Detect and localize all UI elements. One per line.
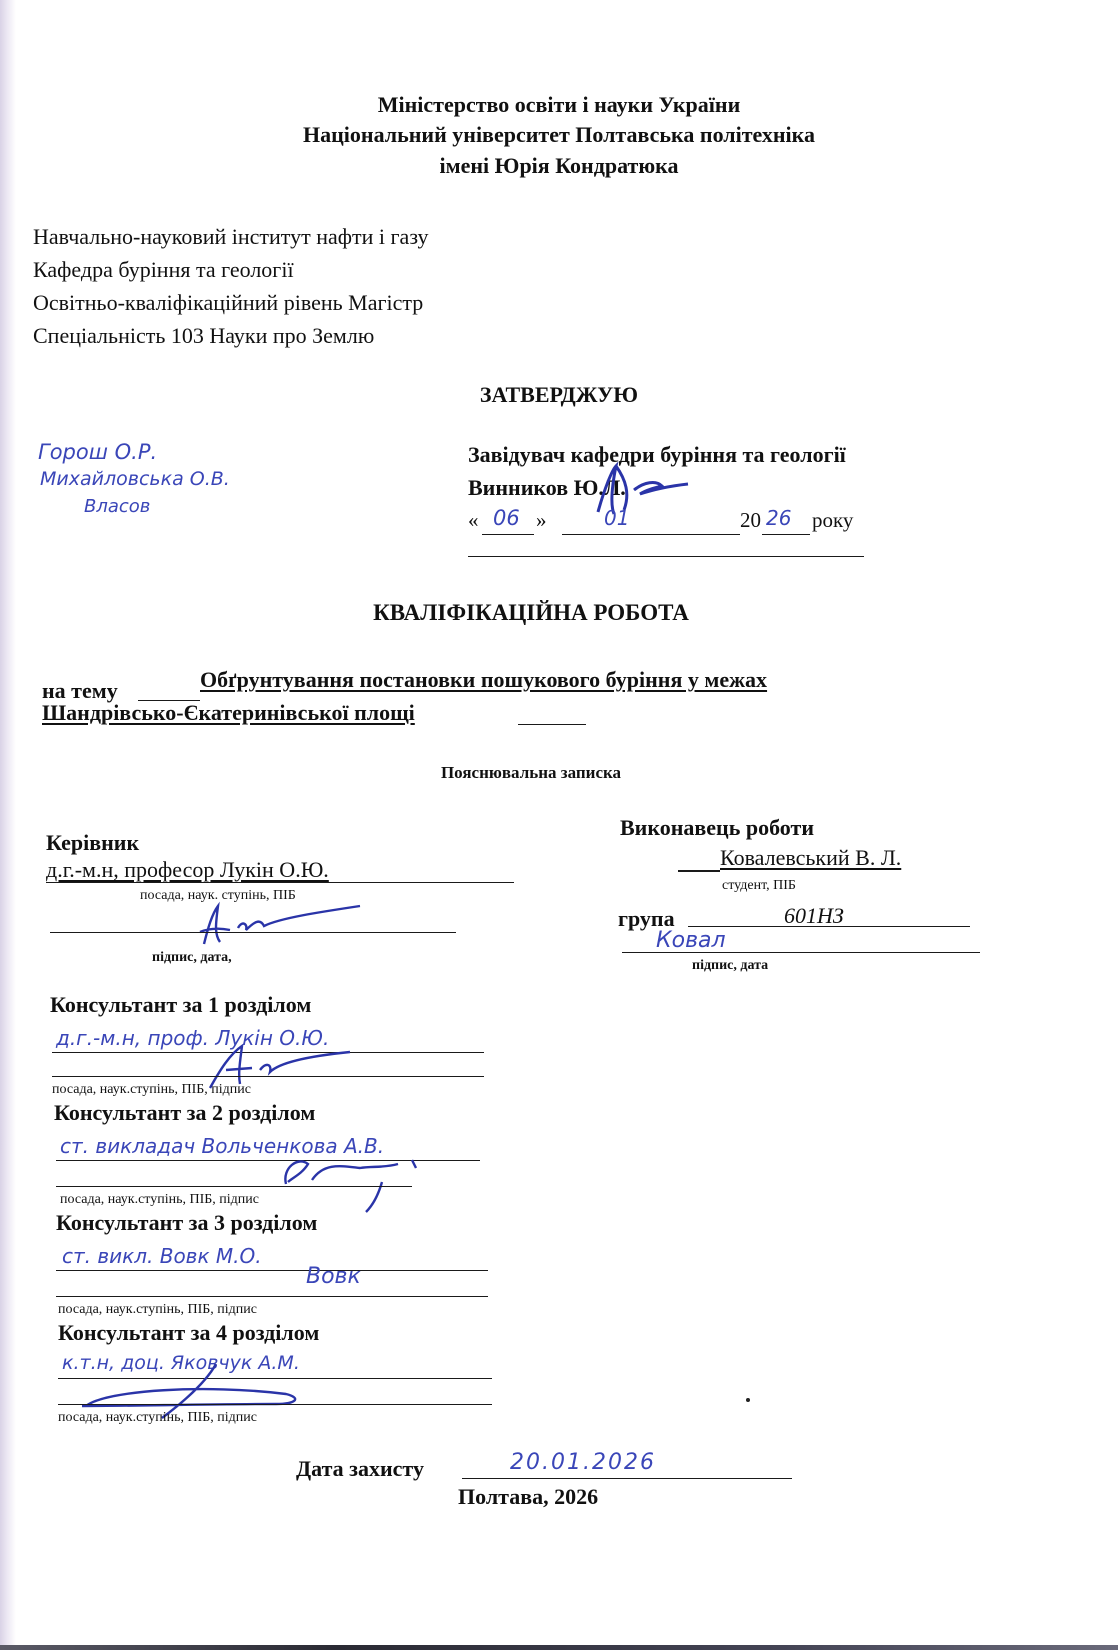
approval-date-row: « xyxy=(468,508,479,533)
stray-dot xyxy=(746,1398,750,1402)
specialty: Спеціальність 103 Науки про Землю xyxy=(33,323,374,349)
education-level: Освітньо-кваліфікаційний рівень Магістр xyxy=(33,290,423,316)
consultant-3-signature: Вовк xyxy=(306,1264,361,1289)
consultant-4-heading: Консультант за 4 розділом xyxy=(58,1320,319,1346)
university-heading: Національний університет Полтавська полі… xyxy=(0,122,1118,148)
supervisor-signature-icon xyxy=(190,898,370,948)
institute-name: Навчально-науковий інститут нафти і газу xyxy=(33,224,429,250)
month-underline xyxy=(562,534,740,535)
author-name-caption: студент, ПІБ xyxy=(722,878,796,894)
approval-title: ЗАТВЕРДЖУЮ xyxy=(0,382,1118,408)
author-signature-caption: підпис, дата xyxy=(692,958,768,974)
defense-date-line xyxy=(462,1478,792,1479)
topic-line-2: Шандрівсько-Єкатеринівської площі xyxy=(42,700,415,726)
defense-date-label: Дата захисту xyxy=(296,1456,424,1482)
handwritten-note-2: Михайловська О.В. xyxy=(40,468,230,490)
explanatory-note-subtitle: Пояснювальна записка xyxy=(0,763,1062,783)
approval-day[interactable]: 06 xyxy=(493,506,520,530)
approval-month[interactable]: 01 xyxy=(604,506,629,530)
handwritten-note-1: Горош О.Р. xyxy=(38,440,157,464)
topic-trail-line xyxy=(518,724,586,725)
department-name: Кафедра буріння та геології xyxy=(33,257,294,283)
consultant-2-signature-icon xyxy=(272,1146,452,1216)
author-signature: Ковал xyxy=(656,928,726,953)
date-open-quote: « xyxy=(468,508,479,532)
author-name: Ковалевський В. Л. xyxy=(720,845,901,871)
author-lead-line xyxy=(678,870,720,872)
group-value: 601НЗ xyxy=(784,903,844,929)
day-underline xyxy=(482,534,534,535)
consultant-1-heading: Консультант за 1 розділом xyxy=(50,992,311,1018)
consultant-1-signature-line xyxy=(52,1076,484,1077)
approval-year-suffix[interactable]: 26 xyxy=(766,506,791,530)
city-year: Полтава, 2026 xyxy=(458,1484,598,1510)
consultant-2-signature-line xyxy=(56,1186,412,1187)
approval-signature-line xyxy=(468,556,864,557)
handwritten-note-3: Власов xyxy=(84,496,150,517)
year-underline xyxy=(762,534,810,535)
supervisor-heading: Керівник xyxy=(46,830,139,856)
consultant-3-handwritten[interactable]: ст. викл. Вовк М.О. xyxy=(62,1244,262,1268)
supervisor-signature-caption: підпис, дата, xyxy=(152,950,232,966)
author-signature-line xyxy=(622,952,980,953)
author-heading: Виконавець роботи xyxy=(620,815,814,841)
consultant-3-heading: Консультант за 3 розділом xyxy=(56,1210,317,1236)
document-title: КВАЛІФІКАЦІЙНА РОБОТА xyxy=(0,600,1062,626)
consultant-2-caption: посада, наук.ступінь, ПІБ, підпис xyxy=(60,1192,259,1208)
supervisor-signature-line xyxy=(50,932,456,933)
supervisor-line xyxy=(46,882,514,883)
year-prefix: 20 xyxy=(740,508,761,533)
consultant-2-heading: Консультант за 2 розділом xyxy=(54,1100,315,1126)
consultant-4-caption: посада, наук.ступінь, ПІБ, підпис xyxy=(58,1410,257,1426)
date-close-quote: » xyxy=(536,508,547,533)
defense-date-value[interactable]: 20.01.2026 xyxy=(510,1450,656,1475)
consultant-3-caption: посада, наук.ступінь, ПІБ, підпис xyxy=(58,1302,257,1318)
consultant-4-signature-line xyxy=(58,1404,492,1405)
consultant-3-signature-line xyxy=(56,1296,488,1297)
year-word: року xyxy=(812,508,853,533)
scan-edge-bottom xyxy=(0,1645,1118,1650)
consultant-1-caption: посада, наук.ступінь, ПІБ, підпис xyxy=(52,1082,251,1098)
scan-edge-left xyxy=(0,0,16,1650)
university-name-suffix: імені Юрія Кондратюка xyxy=(0,153,1118,179)
supervisor-value: д.г.-м.н, професор Лукін О.Ю. xyxy=(46,857,329,883)
topic-line-1: Обґрунтування постановки пошукового бурі… xyxy=(200,667,767,693)
consultant-3-line xyxy=(56,1270,488,1271)
ministry-heading: Міністерство освіти і науки України xyxy=(0,92,1118,118)
